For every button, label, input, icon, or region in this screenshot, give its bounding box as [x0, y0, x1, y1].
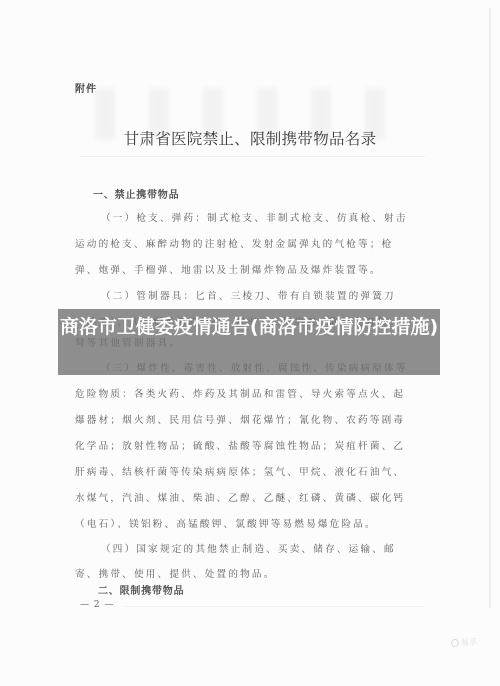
attachment-label: 附件: [75, 80, 97, 95]
body-line: （四）国家规定的其他禁止制造、买卖、储存、运输、邮: [101, 541, 396, 555]
watermark: 易孚: [451, 637, 477, 648]
watermark-label: 易孚: [461, 637, 477, 648]
body-line: 危险物质：各类火药、炸药及其制品和雷管、导火索等点火、起: [75, 386, 405, 400]
body-line: 爆器材；烟火剂、民用信号弹、烟花爆竹；氰化物、农药等剧毒: [75, 412, 405, 426]
body-line: （电石）、镁铝粉、高锰酸钾、氯酸钾等易燃易爆危险品。: [75, 516, 377, 530]
body-line: 弹、炮弹、手榴弹、地雷以及土制爆炸物品及爆炸装置等。: [75, 262, 382, 276]
body-line: 化学品；放射性物品；硫酸、盐酸等腐蚀性物品；炭疽杆菌、乙: [75, 438, 405, 452]
page-edge-shadow: [489, 8, 491, 608]
document-title: 甘肃省医院禁止、限制携带物品名录: [0, 127, 500, 149]
body-line: （一）枪支、弹药：制式枪支、非制式枪支、仿真枪、射击: [101, 210, 408, 224]
footer-divider: [125, 606, 425, 607]
watermark-logo-icon: [451, 639, 459, 647]
body-line: （二）管制器具：匕首、三棱刀、带有自锁装置的弹簧刀: [101, 288, 396, 302]
body-line: 肝病毒、结核杆菌等传染病病原体；氢气、甲烷、液化石油气、: [75, 464, 405, 478]
headline-overlay-banner[interactable]: 商洛市卫健委疫情通告(商洛市疫情防控措施): [58, 309, 440, 375]
page-number: — 2 —: [80, 600, 114, 610]
body-line: 水煤气，汽油、煤油、柴油、乙醇、乙醚、红磷、黄磷、碳化钙: [75, 490, 405, 504]
body-line: 寄、携带、使用、提供、处置的物品。: [75, 566, 276, 580]
headline-text[interactable]: 商洛市卫健委疫情通告(商洛市疫情防控措施): [58, 309, 440, 341]
section-heading-prohibited: 一、禁止携带物品: [93, 186, 179, 201]
body-line: 运动的枪支、麻醉动物的注射枪、发射金属弹丸的气枪等；枪: [75, 236, 393, 250]
title-divider: [80, 156, 425, 157]
section-heading-restricted: 二、限制携带物品: [98, 582, 184, 597]
